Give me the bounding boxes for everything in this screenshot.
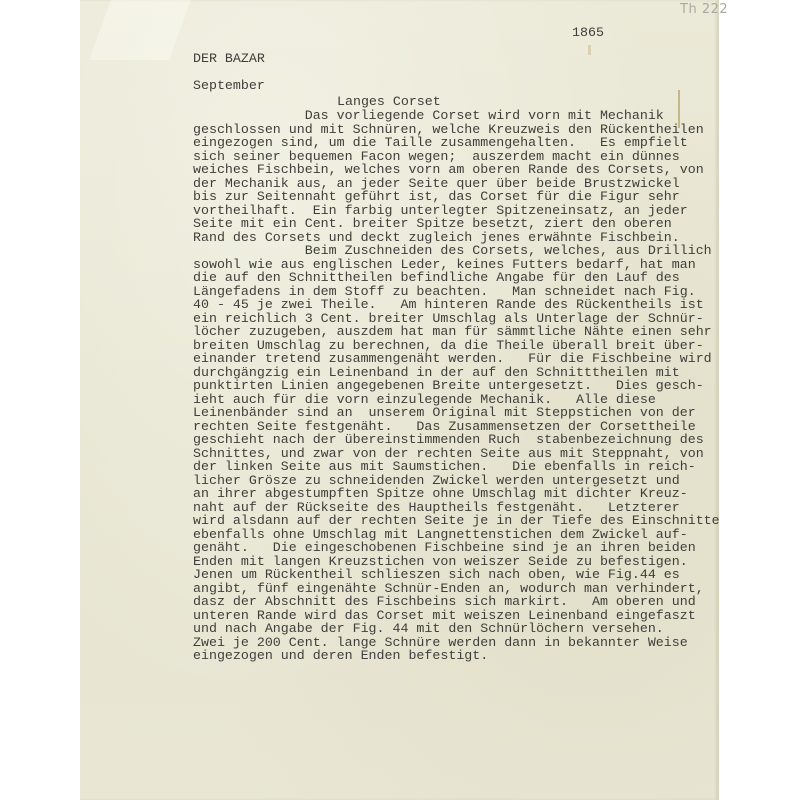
body-line: Längefadens in dem Stoff zu beachten. Ma…: [193, 285, 720, 299]
body-line: ebenfalls ohne Umschlag mit Langnettenst…: [193, 528, 720, 542]
body-line: weiches Fischbein, welches vorn am obere…: [193, 163, 720, 177]
body-line: Enden mit langen Kreuzstichen von weisze…: [193, 555, 720, 569]
body-line: Leinenbänder sind an unserem Original mi…: [193, 406, 720, 420]
body-line: Rand des Corsets und deckt zugleich jene…: [193, 231, 720, 245]
archive-reference-note: Th 222: [680, 2, 728, 17]
body-line: angibt, fünf eingenähte Schnür-Enden an,…: [193, 582, 720, 596]
body-line: sich seiner bequemen Facon wegen; auszer…: [193, 150, 720, 164]
body-line: Jenen um Rückentheil schlieszen sich nac…: [193, 568, 720, 582]
body-line: an ihrer abgestumpften Spitze ohne Umsch…: [193, 487, 720, 501]
body-line: und nach Angabe der Fig. 44 mit den Schn…: [193, 622, 720, 636]
body-line: naht auf der Rückseite des Hauptheils fe…: [193, 501, 720, 515]
body-line: der Mechanik aus, an jeder Seite quer üb…: [193, 177, 720, 191]
body-line: Zwei je 200 Cent. lange Schnüre werden d…: [193, 636, 720, 650]
body-line: geschlossen und mit Schnüren, welche Kre…: [193, 123, 720, 137]
body-line: genäht. Die eingeschobenen Fischbeine si…: [193, 541, 720, 555]
paper-crease: [89, 0, 191, 60]
body-line: geschieht nach der übereinstimmenden Ruc…: [193, 433, 720, 447]
body-line: durchgängzig ein Leinenband in der auf d…: [193, 366, 720, 380]
body-line: Schnittes, und zwar von der rechten Seit…: [193, 447, 720, 461]
paper-stain: [588, 45, 591, 55]
body-line: Das vorliegende Corset wird vorn mit Mec…: [193, 109, 720, 123]
body-line: punktirten Linien angegebenen Breite unt…: [193, 379, 720, 393]
body-line: licher Grösze zu schneidenden Zwickel we…: [193, 474, 720, 488]
body-line: ein reichlich 3 Cent. breiter Umschlag a…: [193, 312, 720, 326]
body-line: sowohl wie aus englischen Leder, keines …: [193, 258, 720, 272]
body-line: rechten Seite festgenäht. Das Zusammense…: [193, 420, 720, 434]
publication-name: DER BAZAR: [193, 52, 265, 66]
body-line: Seite mit ein Cent. breiter Spitze beset…: [193, 217, 720, 231]
body-line: löcher zuzugeben, auszdem hat man für sä…: [193, 325, 720, 339]
body-line: ieht auch für die vorn einzulegende Mech…: [193, 393, 720, 407]
body-line: eingezogen und deren Enden befestigt.: [193, 649, 720, 663]
body-line: Beim Zuschneiden des Corsets, welches, a…: [193, 244, 720, 258]
body-line: 40 - 45 je zwei Theile. Am hinteren Rand…: [193, 298, 720, 312]
document-year: 1865: [572, 26, 604, 40]
body-line: der linken Seite aus mit Saumstichen. Di…: [193, 460, 720, 474]
body-line: eingezogen sind, um die Taille zusammeng…: [193, 136, 720, 150]
body-line: vortheilhaft. Ein farbig unterlegter Spi…: [193, 204, 720, 218]
body-line: wird alsdann auf der rechten Seite je in…: [193, 514, 720, 528]
body-line: die auf den Schnittheilen befindliche An…: [193, 271, 720, 285]
publication-month: September: [193, 79, 265, 93]
body-line: bis zur Seitennaht geführt ist, das Cors…: [193, 190, 720, 204]
body-line: breiten Umschlag zu berechnen, da die Th…: [193, 339, 720, 353]
article-title: Langes Corset: [337, 95, 441, 109]
body-line: einander tretend zusammengenäht werden. …: [193, 352, 720, 366]
body-line: dasz der Abschnitt des Fischbeins sich m…: [193, 595, 720, 609]
article-body: Das vorliegende Corset wird vorn mit Mec…: [193, 109, 720, 663]
body-line: unteren Rande wird das Corset mit weisze…: [193, 609, 720, 623]
